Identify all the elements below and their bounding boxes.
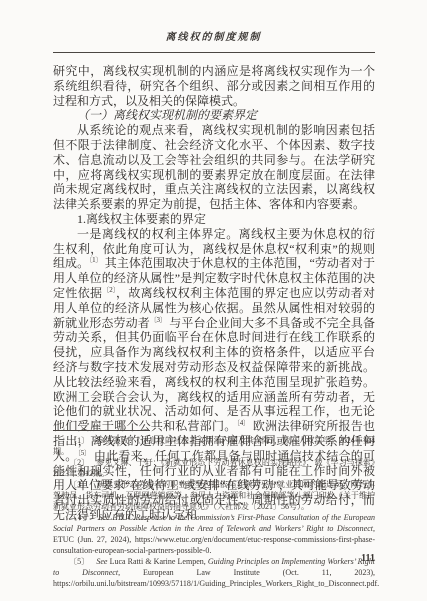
footnote-separator [53,430,150,431]
footnote-text: See Luca Ratti & Karine Lempen, Guiding … [53,557,379,588]
footnote-marker: 〔5〕 [69,557,89,566]
footnote-marker: 〔3〕 [69,480,90,489]
footnote-text: 新就业形态劳动者的职业类型包括依托互联网平台就业的网约配送员、网约车驾驶员、货车… [53,480,375,511]
footnote-text: 参见张放：《休息权的社会主义法治内涵及其保障》，载《人权法学》2024年第4期。 [53,436,375,456]
footnote: 〔3〕新就业形态劳动者的职业类型包括依托互联网平台就业的网约配送员、网约车驾驶员… [53,479,375,512]
footnote-marker: 〔2〕 [69,458,89,467]
paragraph-continuation: 研究中，离线权实现机制的内涵应是将离线权实现作为一个系统组织看待，研究各个组织、… [53,64,375,108]
footnotes-block: 〔1〕参见张放：《休息权的社会主义法治内涵及其保障》，载《人权法学》2024年第… [53,435,375,589]
paragraph: 从系统论的观点来看，离线权实现机制的影响因素包括但不限于法律制度、社会经济文化水… [53,123,375,212]
footnote-text: See ETUC Response to the Commission’s Fi… [53,513,375,555]
footnote: 〔5〕See Luca Ratti & Karine Lempen, Guidi… [53,556,375,589]
running-head-title: 离线权的制度规制 [53,28,374,43]
page-number: 111 [361,553,375,564]
footnote-marker: 〔4〕 [69,513,91,522]
section-heading: （一）离线权实现机制的要素界定 [53,108,375,123]
footnote-text: 参见艾琳、于轩：《新就业形态下劳动者休息权的实现路径》，载《学习与探索》2023… [53,458,375,478]
document-page: 离线权的制度规制 研究中，离线权实现机制的内涵应是将离线权实现作为一个系统组织看… [0,0,427,601]
footnote: 〔2〕参见艾琳、于轩：《新就业形态下劳动者休息权的实现路径》，载《学习与探索》2… [53,457,375,479]
header-rule [53,52,375,53]
footnote: 〔4〕See ETUC Response to the Commission’s… [53,512,375,556]
footnote-marker: 〔1〕 [69,436,89,445]
subsection-heading: 1.离线权主体要素的界定 [53,212,375,227]
footnote: 〔1〕参见张放：《休息权的社会主义法治内涵及其保障》，载《人权法学》2024年第… [53,435,375,457]
